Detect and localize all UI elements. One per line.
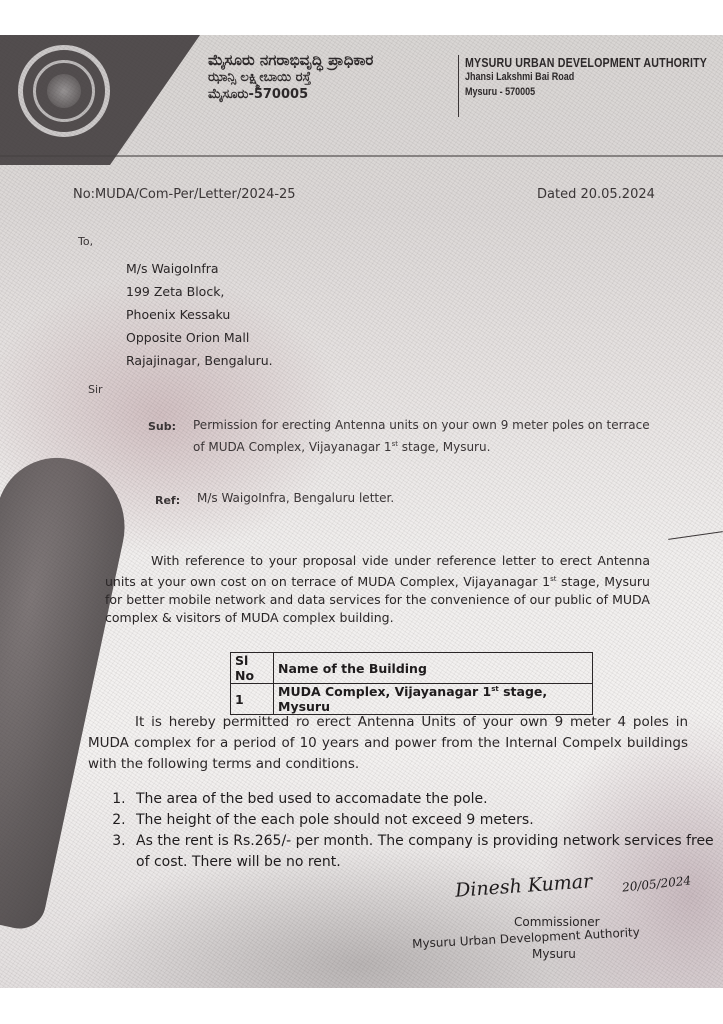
header-sl-no: Sl No [231, 653, 274, 684]
reference-label: Ref: [155, 494, 180, 507]
recipient-name: M/s WaigoInfra [126, 257, 273, 280]
handwritten-signature-date: 20/05/2024 [621, 873, 691, 894]
letter-page: ಮೈಸೂರು ನಗರಾಭಿವೃದ್ಧಿ ಪ್ರಾಧಿಕಾರ ಝಾನ್ಸಿ ಲಕ್… [0, 35, 723, 988]
handwritten-signature: Dinesh Kumar [454, 870, 592, 902]
address-line: Phoenix Kessaku [126, 303, 273, 326]
reference-text: M/s WaigoInfra, Bengaluru letter. [197, 491, 394, 505]
letterhead-kannada-city: ಮೈಸೂರು-570005 [208, 86, 373, 103]
reference-number: No:MUDA/Com-Per/Letter/2024-25 [73, 187, 296, 202]
subject-text: Permission for erecting Antenna units on… [193, 416, 653, 457]
paragraph-permission: It is hereby permitted ro erect Antenna … [88, 712, 688, 775]
subject-part: stage, Mysuru. [398, 440, 490, 454]
condition-item: The area of the bed used to accomadate t… [130, 789, 715, 810]
letterhead-divider [458, 55, 459, 117]
letterhead-english-org: MYSURU URBAN DEVELOPMENT AUTHORITY [465, 55, 707, 70]
condition-item: The height of the each pole should not e… [130, 810, 715, 831]
subject-label: Sub: [148, 420, 176, 433]
letterhead-kannada-org: ಮೈಸೂರು ನಗರಾಭಿವೃದ್ಧಿ ಪ್ರಾಧಿಕಾರ [208, 52, 373, 69]
letter-date: Dated 20.05.2024 [537, 187, 655, 202]
signatory-city: Mysuru [532, 947, 576, 961]
table-header-row: Sl No Name of the Building [231, 653, 593, 684]
letterhead-kannada: ಮೈಸೂರು ನಗರಾಭಿವೃದ್ಧಿ ಪ್ರಾಧಿಕಾರ ಝಾನ್ಸಿ ಲಕ್… [208, 52, 373, 103]
building-name-part: MUDA Complex, Vijayanagar 1 [278, 684, 491, 699]
to-label: To, [78, 235, 93, 248]
address-line: Rajajinagar, Bengaluru. [126, 349, 273, 372]
header-building-name: Name of the Building [274, 653, 593, 684]
salutation: Sir [88, 383, 103, 396]
address-line: Opposite Orion Mall [126, 326, 273, 349]
letterhead-english: MYSURU URBAN DEVELOPMENT AUTHORITY Jhans… [465, 55, 723, 100]
letterhead-kannada-street: ಝಾನ್ಸಿ ಲಕ್ಷ್ಮೀಬಾಯಿ ರಸ್ತೆ [208, 69, 373, 86]
building-table: Sl No Name of the Building 1 MUDA Comple… [230, 652, 593, 715]
paper-crease-line [668, 531, 723, 540]
condition-item: As the rent is Rs.265/- per month. The c… [130, 831, 715, 873]
table-row: 1 MUDA Complex, Vijayanagar 1st stage, M… [231, 684, 593, 715]
emblem-seal-icon [18, 45, 110, 137]
conditions-list: The area of the bed used to accomadate t… [108, 789, 715, 873]
letterhead-english-city: Mysuru - 570005 [465, 85, 707, 100]
cell-sl-no: 1 [231, 684, 274, 715]
ordinal-suffix: st [491, 685, 499, 693]
address-line: 199 Zeta Block, [126, 280, 273, 303]
header-rule [0, 155, 723, 157]
letterhead-english-street: Jhansi Lakshmi Bai Road [465, 70, 707, 85]
recipient-address: M/s WaigoInfra 199 Zeta Block, Phoenix K… [126, 257, 273, 372]
paragraph-reference: With reference to your proposal vide und… [105, 552, 650, 627]
cell-building-name: MUDA Complex, Vijayanagar 1st stage, Mys… [274, 684, 593, 715]
